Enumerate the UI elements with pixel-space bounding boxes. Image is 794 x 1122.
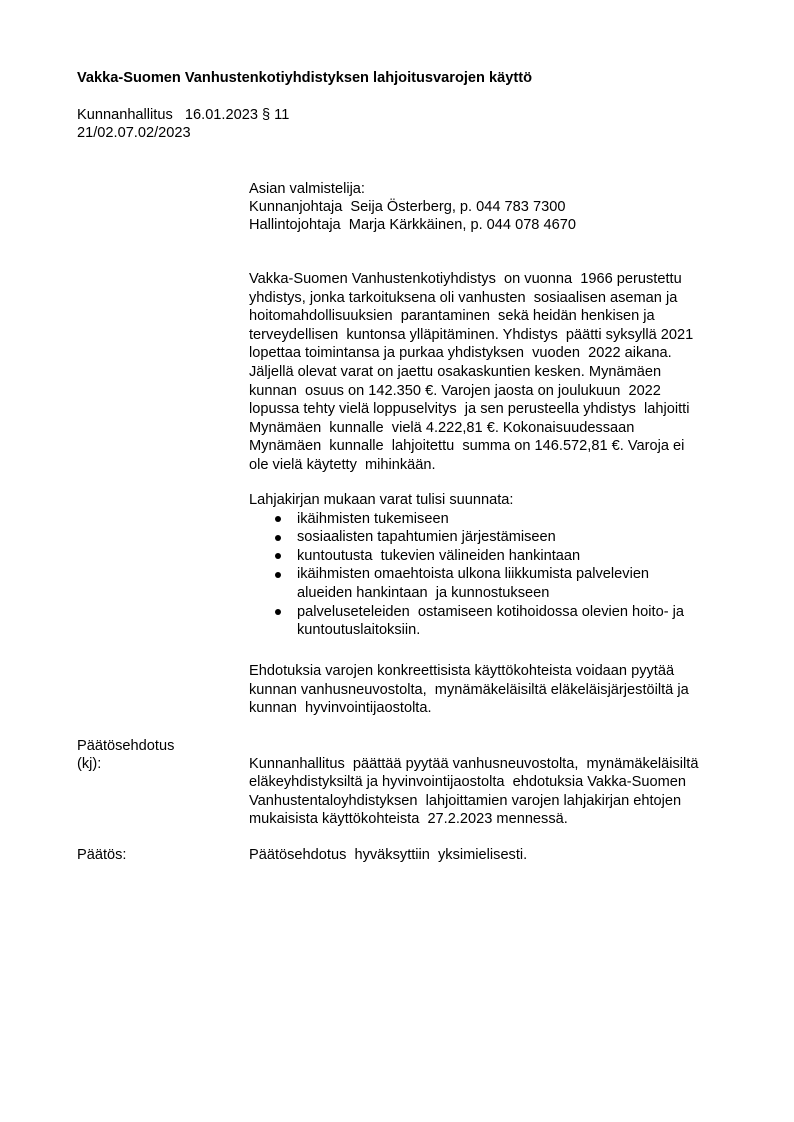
list-item: kuntoutusta tukevien välineiden hankinta…	[249, 547, 739, 566]
list-item-line: ikäihmisten tukemiseen	[297, 510, 739, 529]
list-item: ikäihmisten tukemiseen	[249, 510, 739, 529]
paragraph-line: lopussa tehty vielä loppuselvitys ja sen…	[249, 400, 739, 419]
proposal-text: Kunnanhallitus päättää pyytää vanhusneuv…	[249, 755, 739, 829]
preparer-line: Kunnanjohtaja Seija Österberg, p. 044 78…	[249, 198, 739, 216]
document-page: Vakka-Suomen Vanhustenkotiyhdistyksen la…	[0, 0, 794, 1122]
paragraph-line: lopettaa toimintansa ja purkaa yhdistyks…	[249, 344, 739, 363]
list-item-line: alueiden hankintaan ja kunnostukseen	[297, 584, 739, 603]
bullet-icon	[275, 553, 281, 559]
list-item: sosiaalisten tapahtumien järjestämiseen	[249, 528, 739, 547]
preparer-line: Hallintojohtaja Marja Kärkkäinen, p. 044…	[249, 216, 739, 234]
meeting-reference: Kunnanhallitus 16.01.2023 § 11	[77, 107, 289, 125]
bullet-icon	[275, 516, 281, 522]
paragraph-line: Jäljellä olevat varat on jaettu osakasku…	[249, 363, 739, 382]
paragraph-line: kunnan vanhusneuvostolta, mynämäkeläisil…	[249, 681, 739, 700]
paragraph-line: Päätösehdotus hyväksyttiin yksimielisest…	[249, 846, 739, 865]
document-title: Vakka-Suomen Vanhustenkotiyhdistyksen la…	[77, 69, 532, 87]
paragraph-line: Ehdotuksia varojen konkreettisista käytt…	[249, 662, 739, 681]
list-item: palveluseteleiden ostamiseen kotihoidoss…	[249, 603, 739, 640]
paragraph-line: mukaisista käyttökohteista 27.2.2023 men…	[249, 810, 739, 828]
bullet-icon	[275, 535, 281, 541]
paragraph-line: yhdistys, jonka tarkoituksena oli vanhus…	[249, 289, 739, 308]
decision-text: Päätösehdotus hyväksyttiin yksimielisest…	[249, 846, 739, 865]
request-paragraph: Ehdotuksia varojen konkreettisista käytt…	[249, 662, 739, 718]
proposal-label: Päätösehdotus	[77, 737, 174, 756]
direction-intro: Lahjakirjan mukaan varat tulisi suunnata…	[249, 491, 739, 510]
preparer-heading: Asian valmistelija:	[249, 180, 739, 198]
paragraph-line: Vakka-Suomen Vanhustenkotiyhdistys on vu…	[249, 270, 739, 289]
preparer-block: Asian valmistelija: Kunnanjohtaja Seija …	[249, 180, 739, 235]
bullet-icon	[275, 572, 281, 578]
usage-direction: Lahjakirjan mukaan varat tulisi suunnata…	[249, 491, 739, 640]
record-number: 21/02.07.02/2023	[77, 125, 289, 143]
background-paragraph: Vakka-Suomen Vanhustenkotiyhdistys on vu…	[249, 270, 739, 475]
usage-list: ikäihmisten tukemiseen sosiaalisten tapa…	[249, 510, 739, 640]
list-item: ikäihmisten omaehtoista ulkona liikkumis…	[249, 565, 739, 602]
decision-label: Päätös:	[77, 846, 127, 865]
meeting-info: Kunnanhallitus 16.01.2023 § 11 21/02.07.…	[77, 107, 289, 142]
paragraph-line: kunnan osuus on 142.350 €. Varojen jaost…	[249, 382, 739, 401]
list-item-line: palveluseteleiden ostamiseen kotihoidoss…	[297, 603, 739, 622]
paragraph-line: Mynämäen kunnalle vielä 4.222,81 €. Koko…	[249, 419, 739, 438]
paragraph-line: Mynämäen kunnalle lahjoitettu summa on 1…	[249, 437, 739, 456]
paragraph-line: terveydellisen kuntonsa ylläpitäminen. Y…	[249, 326, 739, 345]
list-item-line: kuntoutuslaitoksiin.	[297, 621, 739, 640]
paragraph-line: hoitomahdollisuuksien parantaminen sekä …	[249, 307, 739, 326]
paragraph-line: kunnan hyvinvointijaostolta.	[249, 699, 739, 718]
bullet-icon	[275, 609, 281, 615]
paragraph-line: ole vielä käytetty mihinkään.	[249, 456, 739, 475]
paragraph-line: eläkeyhdistyksiltä ja hyvinvointijaostol…	[249, 773, 739, 791]
proposal-label-author: (kj):	[77, 755, 101, 774]
list-item-line: sosiaalisten tapahtumien järjestämiseen	[297, 528, 739, 547]
list-item-line: ikäihmisten omaehtoista ulkona liikkumis…	[297, 565, 739, 584]
paragraph-line: Kunnanhallitus päättää pyytää vanhusneuv…	[249, 755, 739, 773]
paragraph-line: Vanhustentaloyhdistyksen lahjoittamien v…	[249, 792, 739, 810]
list-item-line: kuntoutusta tukevien välineiden hankinta…	[297, 547, 739, 566]
